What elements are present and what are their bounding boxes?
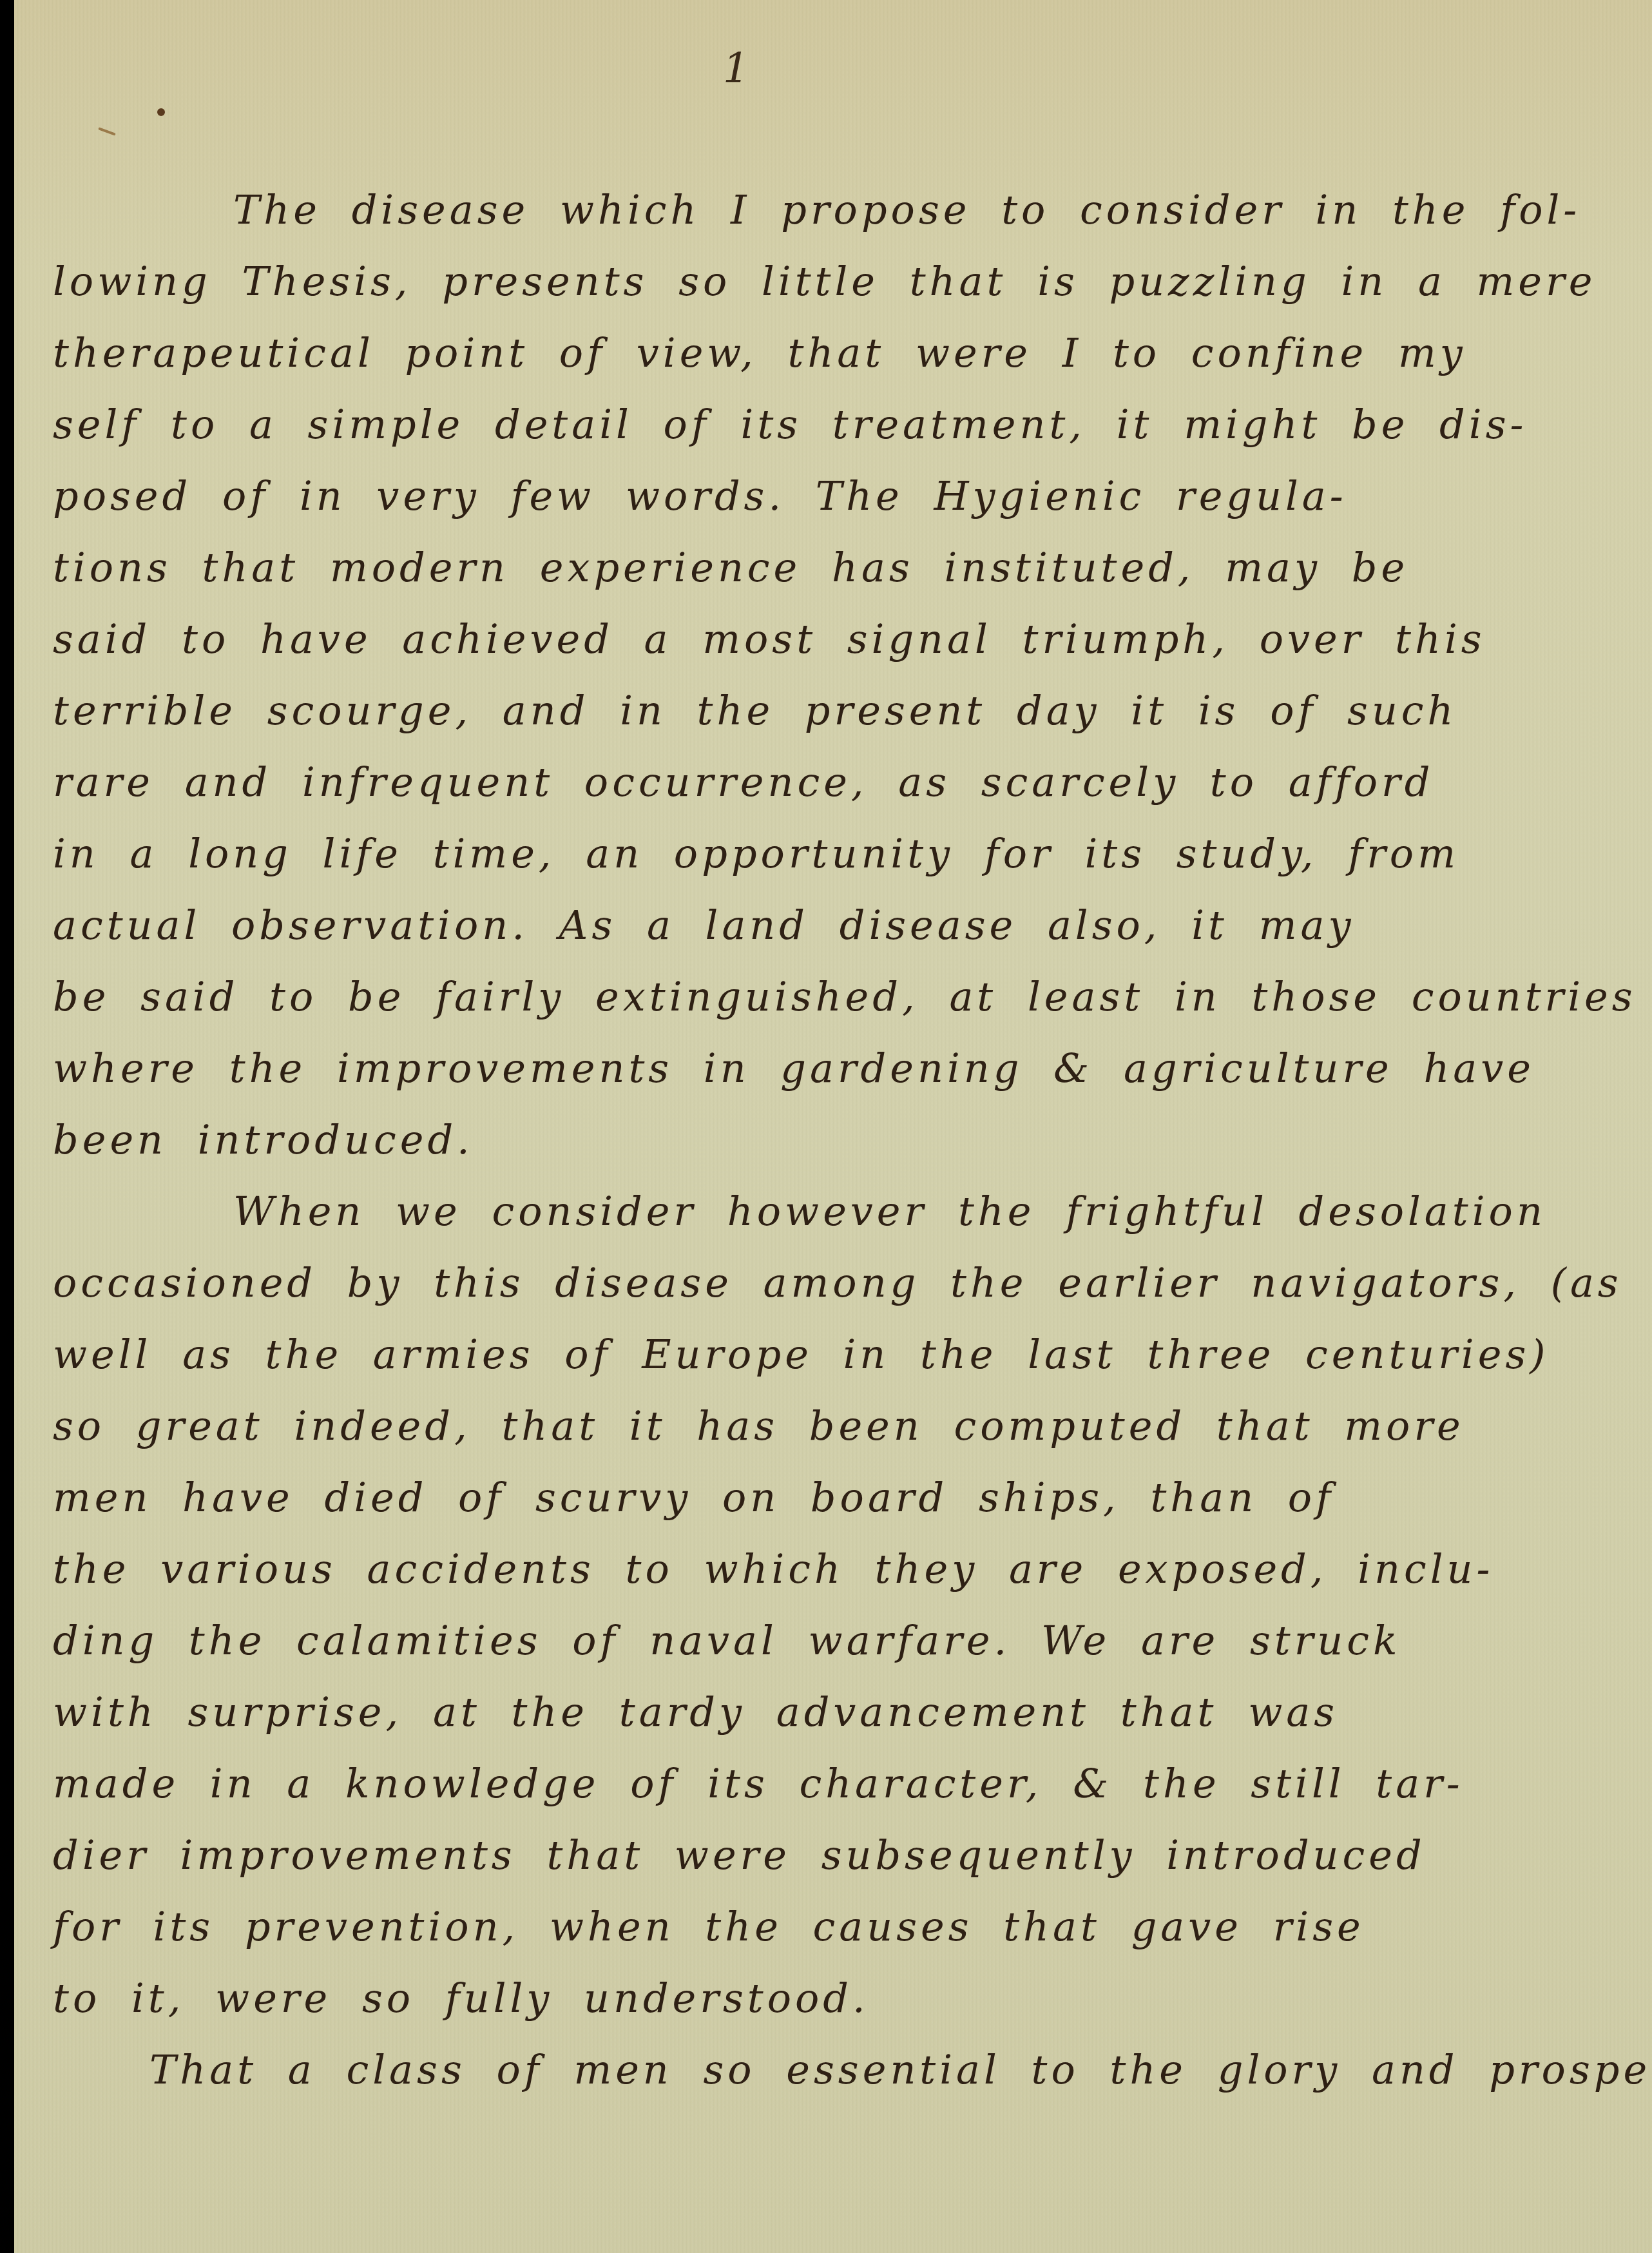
text-line: where the improvements in gardening & ag…: [53, 1032, 1625, 1104]
text-line: terrible scourge, and in the present day…: [53, 675, 1625, 746]
text-line: so great indeed, that it has been comput…: [53, 1390, 1625, 1462]
text-line: with surprise, at the tardy advancement …: [53, 1676, 1625, 1748]
text-line: tions that modern experience has institu…: [53, 532, 1625, 603]
text-line: men have died of scurvy on board ships, …: [53, 1462, 1625, 1533]
text-line: well as the armies of Europe in the last…: [53, 1319, 1625, 1390]
text-line: rare and infrequent occurrence, as scarc…: [53, 746, 1625, 818]
text-line: When we consider however the frightful d…: [53, 1175, 1625, 1247]
manuscript-page: 1 The disease which I propose to conside…: [14, 0, 1652, 2253]
ink-mark: [98, 127, 116, 135]
text-line: ding the calamities of naval warfare. We…: [53, 1605, 1625, 1676]
text-line: said to have achieved a most signal triu…: [53, 603, 1625, 675]
text-line: The disease which I propose to consider …: [53, 174, 1625, 246]
text-line: be said to be fairly extinguished, at le…: [53, 961, 1625, 1032]
text-line: in a long life time, an opportunity for …: [53, 818, 1625, 889]
text-line: made in a knowledge of its character, & …: [53, 1748, 1625, 1819]
text-line: occasioned by this disease among the ear…: [53, 1247, 1625, 1319]
text-line: for its prevention, when the causes that…: [53, 1891, 1625, 1962]
text-line: been introduced.: [53, 1104, 1625, 1175]
text-line: That a class of men so essential to the …: [53, 2034, 1625, 2105]
text-line: lowing Thesis, presents so little that i…: [53, 246, 1625, 317]
text-line: self to a simple detail of its treatment…: [53, 389, 1625, 460]
handwritten-text-body: The disease which I propose to consider …: [53, 174, 1625, 2105]
text-line: therapeutical point of view, that were I…: [53, 317, 1625, 389]
ink-blot: [157, 108, 165, 116]
page-number: 1: [723, 45, 749, 93]
text-line: dier improvements that were subsequently…: [53, 1819, 1625, 1891]
text-line: to it, were so fully understood.: [53, 1962, 1625, 2034]
text-line: the various accidents to which they are …: [53, 1533, 1625, 1605]
text-line: actual observation. As a land disease al…: [53, 889, 1625, 961]
text-line: posed of in very few words. The Hygienic…: [53, 460, 1625, 532]
